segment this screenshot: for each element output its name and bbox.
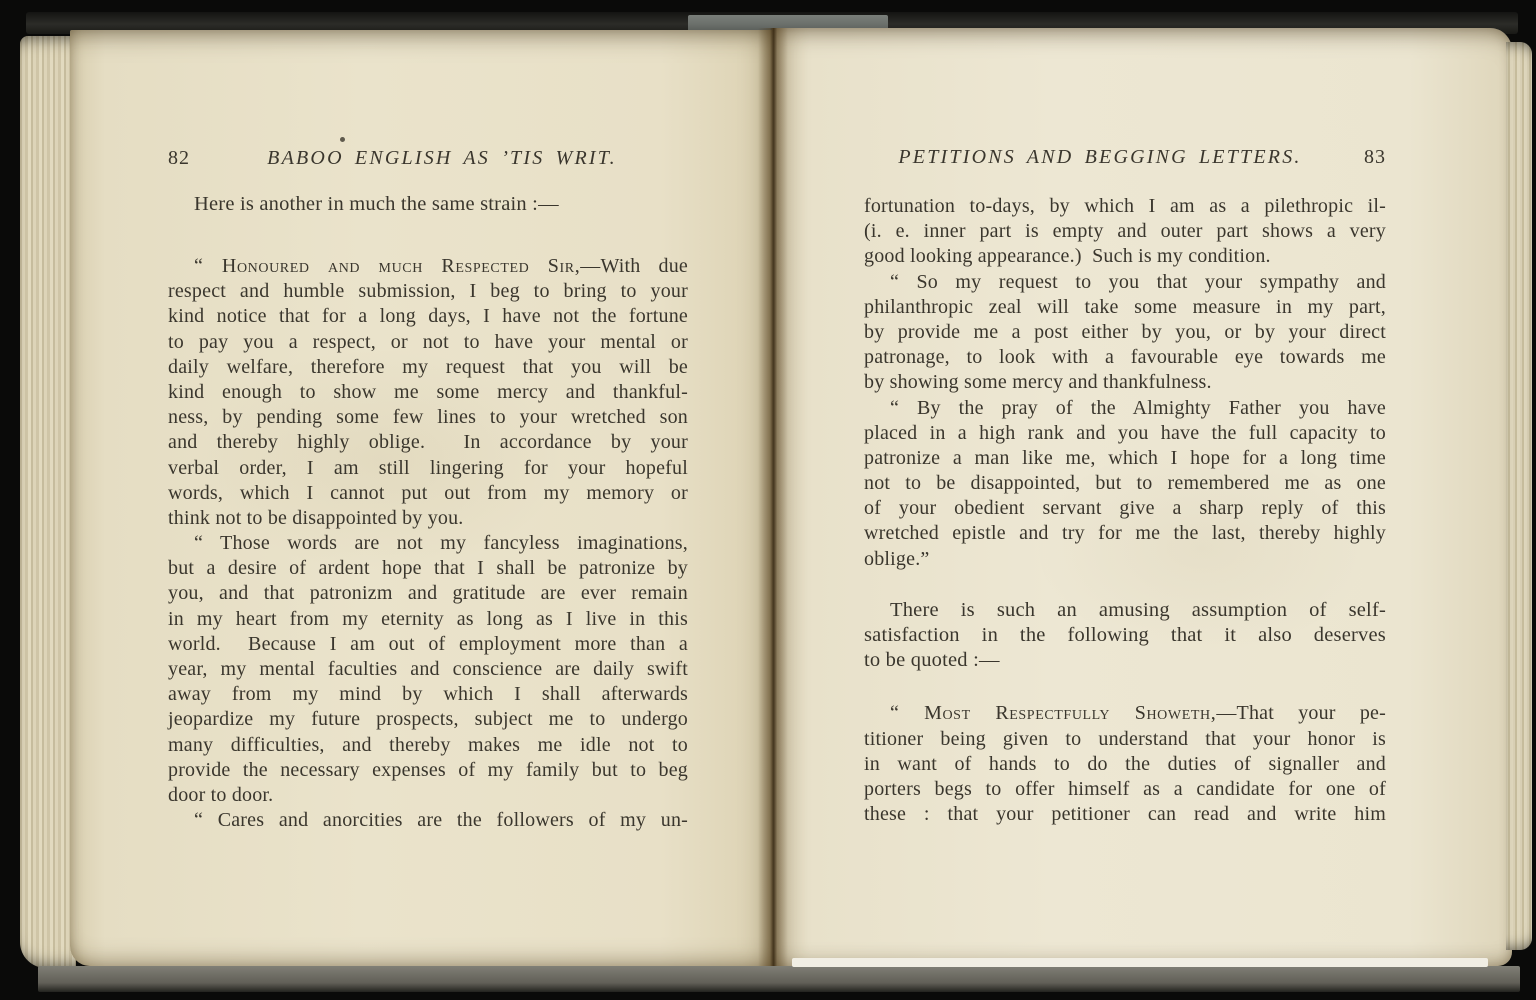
photograph-of-open-book: { "colors":{ "background":"#0a0a09", "pa… (0, 0, 1536, 1000)
text-line: not to be disappointed, but to remembere… (864, 471, 1386, 496)
left-intro-line: Here is another in much the same strain … (168, 193, 708, 216)
left-page-body-text: “ Honoured and much Respected Sir,—With … (168, 254, 688, 833)
text-line: in want of hands to do the duties of sig… (864, 752, 1386, 777)
text-line: “ Those words are not my fancyless imagi… (168, 531, 688, 556)
text-line: placed in a high rank and you have the f… (864, 421, 1386, 446)
text-line: you, and that patronizm and gratitude ar… (168, 581, 688, 606)
left-running-title: BABOO ENGLISH AS ’TIS WRIT. (190, 147, 688, 170)
text-line: There is such an amusing assumption of s… (864, 598, 1386, 623)
paragraph: “ Honoured and much Respected Sir,—With … (168, 254, 688, 531)
text-line: titioner being given to understand that … (864, 727, 1386, 752)
text-line: philanthropic zeal will take some measur… (864, 295, 1386, 320)
text-line: respect and humble submission, I beg to … (168, 279, 688, 304)
text-line: kind notice that for a long days, I have… (168, 304, 688, 329)
text-line: “ Honoured and much Respected Sir,—With … (168, 254, 688, 279)
text-line: (i. e. inner part is empty and outer par… (864, 219, 1386, 244)
text-line: verbal order, I am still lingering for y… (168, 456, 688, 481)
text-line: daily welfare, therefore my request that… (168, 355, 688, 380)
paragraph: There is such an amusing assumption of s… (864, 598, 1386, 674)
right-page-body-text: fortunation to-days, by which I am as a … (864, 194, 1386, 827)
paragraph: “ Those words are not my fancyless imagi… (168, 531, 688, 808)
left-page-number: 82 (168, 147, 190, 170)
text-line: fortunation to-days, by which I am as a … (864, 194, 1386, 219)
text-line: and thereby highly oblige. In accordance… (168, 430, 688, 455)
text-line: “ So my request to you that your sympath… (864, 270, 1386, 295)
paragraph: “ By the pray of the Almighty Father you… (864, 396, 1386, 572)
text-line: “ Most Respectfully Showeth,—That your p… (864, 701, 1386, 726)
text-line: think not to be disappointed by you. (168, 506, 688, 531)
text-line: world. Because I am out of employment mo… (168, 632, 688, 657)
right-page-number: 83 (1364, 146, 1386, 169)
text-line: patronage, to look with a favourable eye… (864, 345, 1386, 370)
text-line: ness, by pending some few lines to your … (168, 405, 688, 430)
text-line: many difficulties, and thereby makes me … (168, 733, 688, 758)
text-line: year, my mental faculties and conscience… (168, 657, 688, 682)
text-line: to pay you a respect, or not to have you… (168, 330, 688, 355)
left-page-edges (20, 36, 76, 968)
under-page-sliver (792, 958, 1488, 967)
right-running-header: PETITIONS AND BEGGING LETTERS. 83 (864, 146, 1386, 169)
text-line: porters begs to offer himself as a candi… (864, 777, 1386, 802)
text-line: in my heart from my eternity as long as … (168, 607, 688, 632)
right-running-title: PETITIONS AND BEGGING LETTERS. (864, 146, 1364, 169)
text-line: wretched epistle and try for me the last… (864, 521, 1386, 546)
right-page-fore-edge (1506, 42, 1532, 950)
text-line: to be quoted :— (864, 648, 1386, 673)
text-line: kind enough to show me some mercy and th… (168, 380, 688, 405)
text-line: oblige.” (864, 547, 1386, 572)
paragraph: “ So my request to you that your sympath… (864, 270, 1386, 396)
small-caps-text: “ Honoured and much Respected Sir, (194, 255, 580, 277)
text-line: jeopardize my future prospects, subject … (168, 707, 688, 732)
right-page: PETITIONS AND BEGGING LETTERS. 83 fortun… (772, 28, 1512, 966)
text-line: by showing some mercy and thankfulness. (864, 370, 1386, 395)
text-line: of your obedient servant give a sharp re… (864, 496, 1386, 521)
text-line: “ By the pray of the Almighty Father you… (864, 396, 1386, 421)
book-cover-bottom-edge (38, 966, 1520, 992)
book-gutter-shadow (758, 28, 788, 966)
text-line: provide the necessary expenses of my fam… (168, 758, 688, 783)
text-line: good looking appearance.) Such is my con… (864, 244, 1386, 269)
paragraph: fortunation to-days, by which I am as a … (864, 194, 1386, 270)
text-line: “ Cares and anorcities are the followers… (168, 808, 688, 833)
small-caps-text: “ Most Respectfully Showeth, (890, 702, 1216, 724)
text-line: door to door. (168, 783, 688, 808)
text-line: away from my mind by which I shall after… (168, 682, 688, 707)
text-line: patronize a man like me, which I hope fo… (864, 446, 1386, 471)
text-line: by provide me a post either by you, or b… (864, 320, 1386, 345)
text-line: but a desire of ardent hope that I shall… (168, 556, 688, 581)
left-running-header: 82 BABOO ENGLISH AS ’TIS WRIT. (168, 147, 688, 170)
paragraph: “ Most Respectfully Showeth,—That your p… (864, 701, 1386, 827)
text-line: these : that your petitioner can read an… (864, 802, 1386, 827)
paragraph: “ Cares and anorcities are the followers… (168, 808, 688, 833)
paper-speck (340, 137, 345, 142)
text-line: satisfaction in the following that it al… (864, 623, 1386, 648)
text-line: words, which I cannot put out from my me… (168, 481, 688, 506)
left-page: 82 BABOO ENGLISH AS ’TIS WRIT. Here is a… (70, 30, 772, 966)
